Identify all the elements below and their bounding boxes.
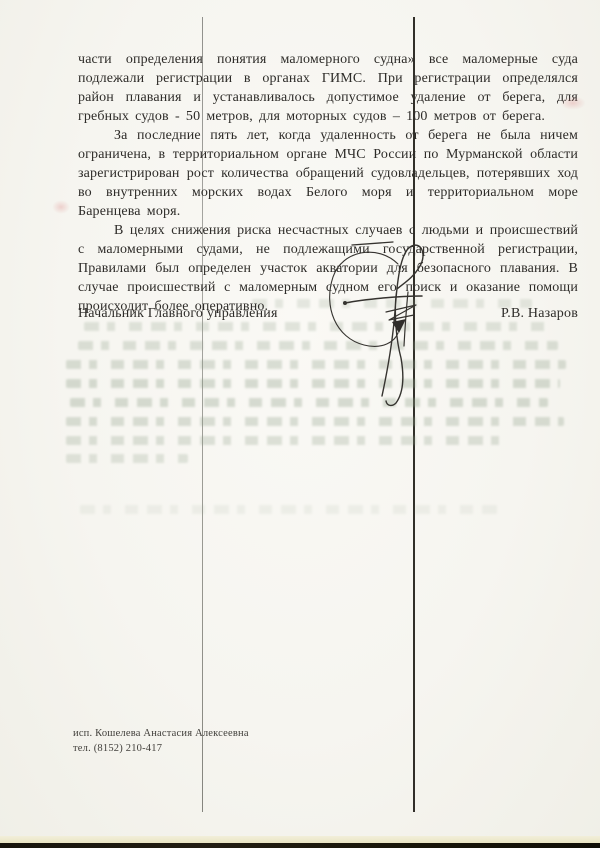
bleed-through-row [66, 379, 560, 388]
signatory-title: Начальник Главного управления [78, 306, 278, 322]
bleed-through-row [80, 505, 500, 514]
phone-line: тел. (8152) 210-417 [73, 741, 249, 756]
handwritten-signature-icon [320, 228, 450, 413]
bleed-through-row [78, 341, 558, 350]
scan-artifact [52, 200, 70, 214]
paragraph-1: части определения понятия маломерного су… [78, 50, 578, 126]
bleed-through-row [66, 454, 188, 463]
bleed-through-row [70, 398, 548, 407]
bleed-through-row [66, 417, 564, 426]
scan-artifact [560, 96, 586, 110]
signatory-name: Р.В. Назаров [501, 306, 578, 322]
executor-line: исп. Кошелева Анастасия Алексеевна [73, 726, 249, 741]
paragraph-2: За последние пять лет, когда удаленность… [78, 126, 578, 221]
bleed-through-row [66, 360, 566, 369]
bleed-through-row [66, 436, 504, 445]
scanner-edge-cream [0, 836, 600, 843]
scanner-edge-dark [0, 843, 600, 848]
scanned-letter-page: части определения понятия маломерного су… [0, 0, 600, 848]
bleed-through-row [84, 322, 552, 331]
footer: исп. Кошелева Анастасия Алексеевна тел. … [73, 726, 249, 756]
